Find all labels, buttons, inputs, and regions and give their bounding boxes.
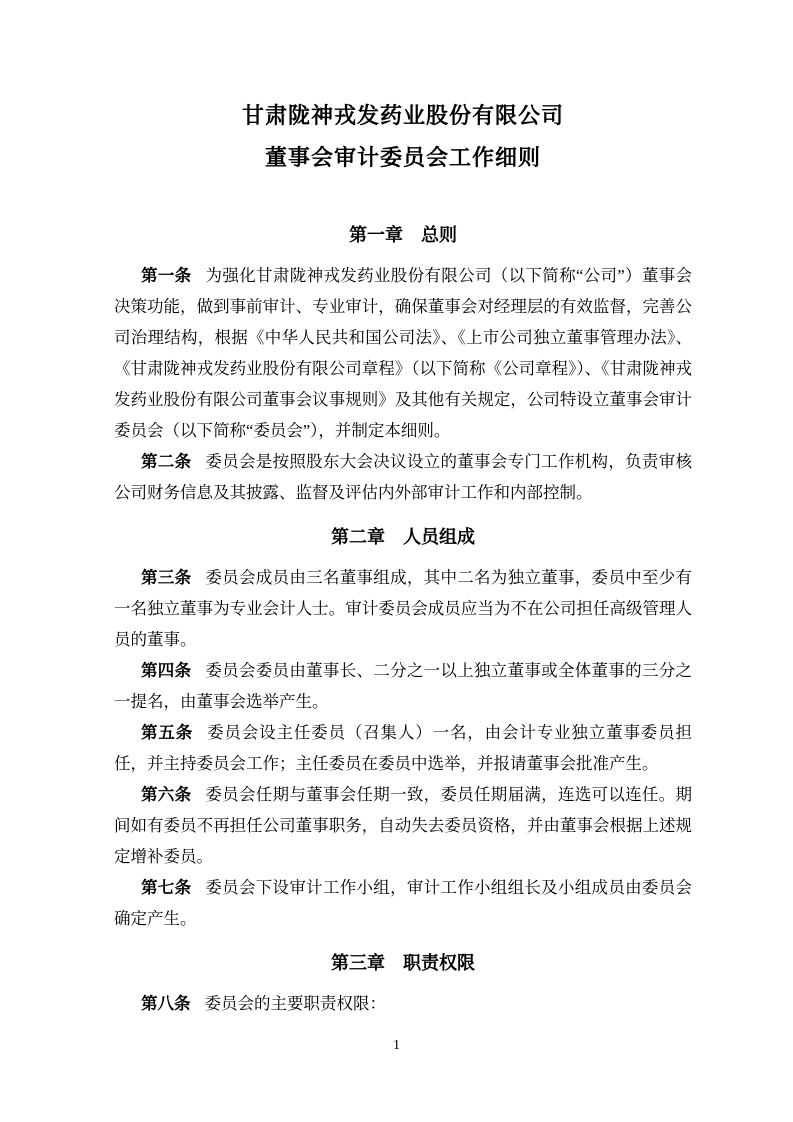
article-5-number: 第五条 [141, 723, 193, 742]
article-2-number: 第二条 [141, 452, 191, 471]
article-4-text: 委员会委员由董事长、二分之一以上独立董事或全体董事的三分之一提名，由董事会选举产… [114, 661, 692, 711]
article-3-text: 委员会成员由三名董事组成，其中二名为独立董事，委员中至少有一名独立董事为专业会计… [114, 568, 692, 649]
article-2-text: 委员会是按照股东大会决议设立的董事会专门工作机构，负责审核公司财务信息及其披露、… [114, 452, 692, 502]
article-4: 第四条委员会委员由董事长、二分之一以上独立董事或全体董事的三分之一提名，由董事会… [114, 655, 692, 717]
chapter-2-heading: 第二章 人员组成 [114, 522, 692, 552]
page-number: 1 [0, 1038, 793, 1054]
article-2: 第二条委员会是按照股东大会决议设立的董事会专门工作机构，负责审核公司财务信息及其… [114, 446, 692, 508]
document-title-rules: 董事会审计委员会工作细则 [114, 142, 692, 174]
document-page: 甘肃陇神戎发药业股份有限公司 董事会审计委员会工作细则 第一章 总则 第一条为强… [0, 0, 793, 1122]
document-title-company: 甘肃陇神戎发药业股份有限公司 [114, 100, 692, 132]
article-8-text: 委员会的主要职责权限： [205, 994, 387, 1013]
article-6: 第六条委员会任期与董事会任期一致，委员任期届满，连选可以连任。期间如有委员不再担… [114, 779, 692, 872]
article-5-text: 委员会设主任委员（召集人）一名，由会计专业独立董事委员担任，并主持委员会工作；主… [114, 723, 692, 773]
article-7: 第七条委员会下设审计工作小组，审计工作小组组长及小组成员由委员会确定产生。 [114, 872, 692, 934]
article-3-number: 第三条 [141, 568, 191, 587]
article-6-text: 委员会任期与董事会任期一致，委员任期届满，连选可以连任。期间如有委员不再担任公司… [114, 785, 692, 866]
article-7-number: 第七条 [141, 878, 191, 897]
article-7-text: 委员会下设审计工作小组，审计工作小组组长及小组成员由委员会确定产生。 [114, 878, 692, 928]
article-1: 第一条为强化甘肃陇神戎发药业股份有限公司（以下简称“公司”）董事会决策功能，做到… [114, 260, 692, 446]
article-1-number: 第一条 [141, 266, 192, 285]
article-6-number: 第六条 [141, 785, 191, 804]
article-5: 第五条委员会设主任委员（召集人）一名，由会计专业独立董事委员担任，并主持委员会工… [114, 717, 692, 779]
article-3: 第三条委员会成员由三名董事组成，其中二名为独立董事，委员中至少有一名独立董事为专… [114, 562, 692, 655]
chapter-1-heading: 第一章 总则 [114, 220, 692, 250]
article-4-number: 第四条 [141, 661, 191, 680]
article-8: 第八条委员会的主要职责权限： [114, 988, 692, 1019]
chapter-3-heading: 第三章 职责权限 [114, 948, 692, 978]
article-8-number: 第八条 [141, 994, 191, 1013]
article-1-text: 为强化甘肃陇神戎发药业股份有限公司（以下简称“公司”）董事会决策功能，做到事前审… [114, 266, 692, 440]
